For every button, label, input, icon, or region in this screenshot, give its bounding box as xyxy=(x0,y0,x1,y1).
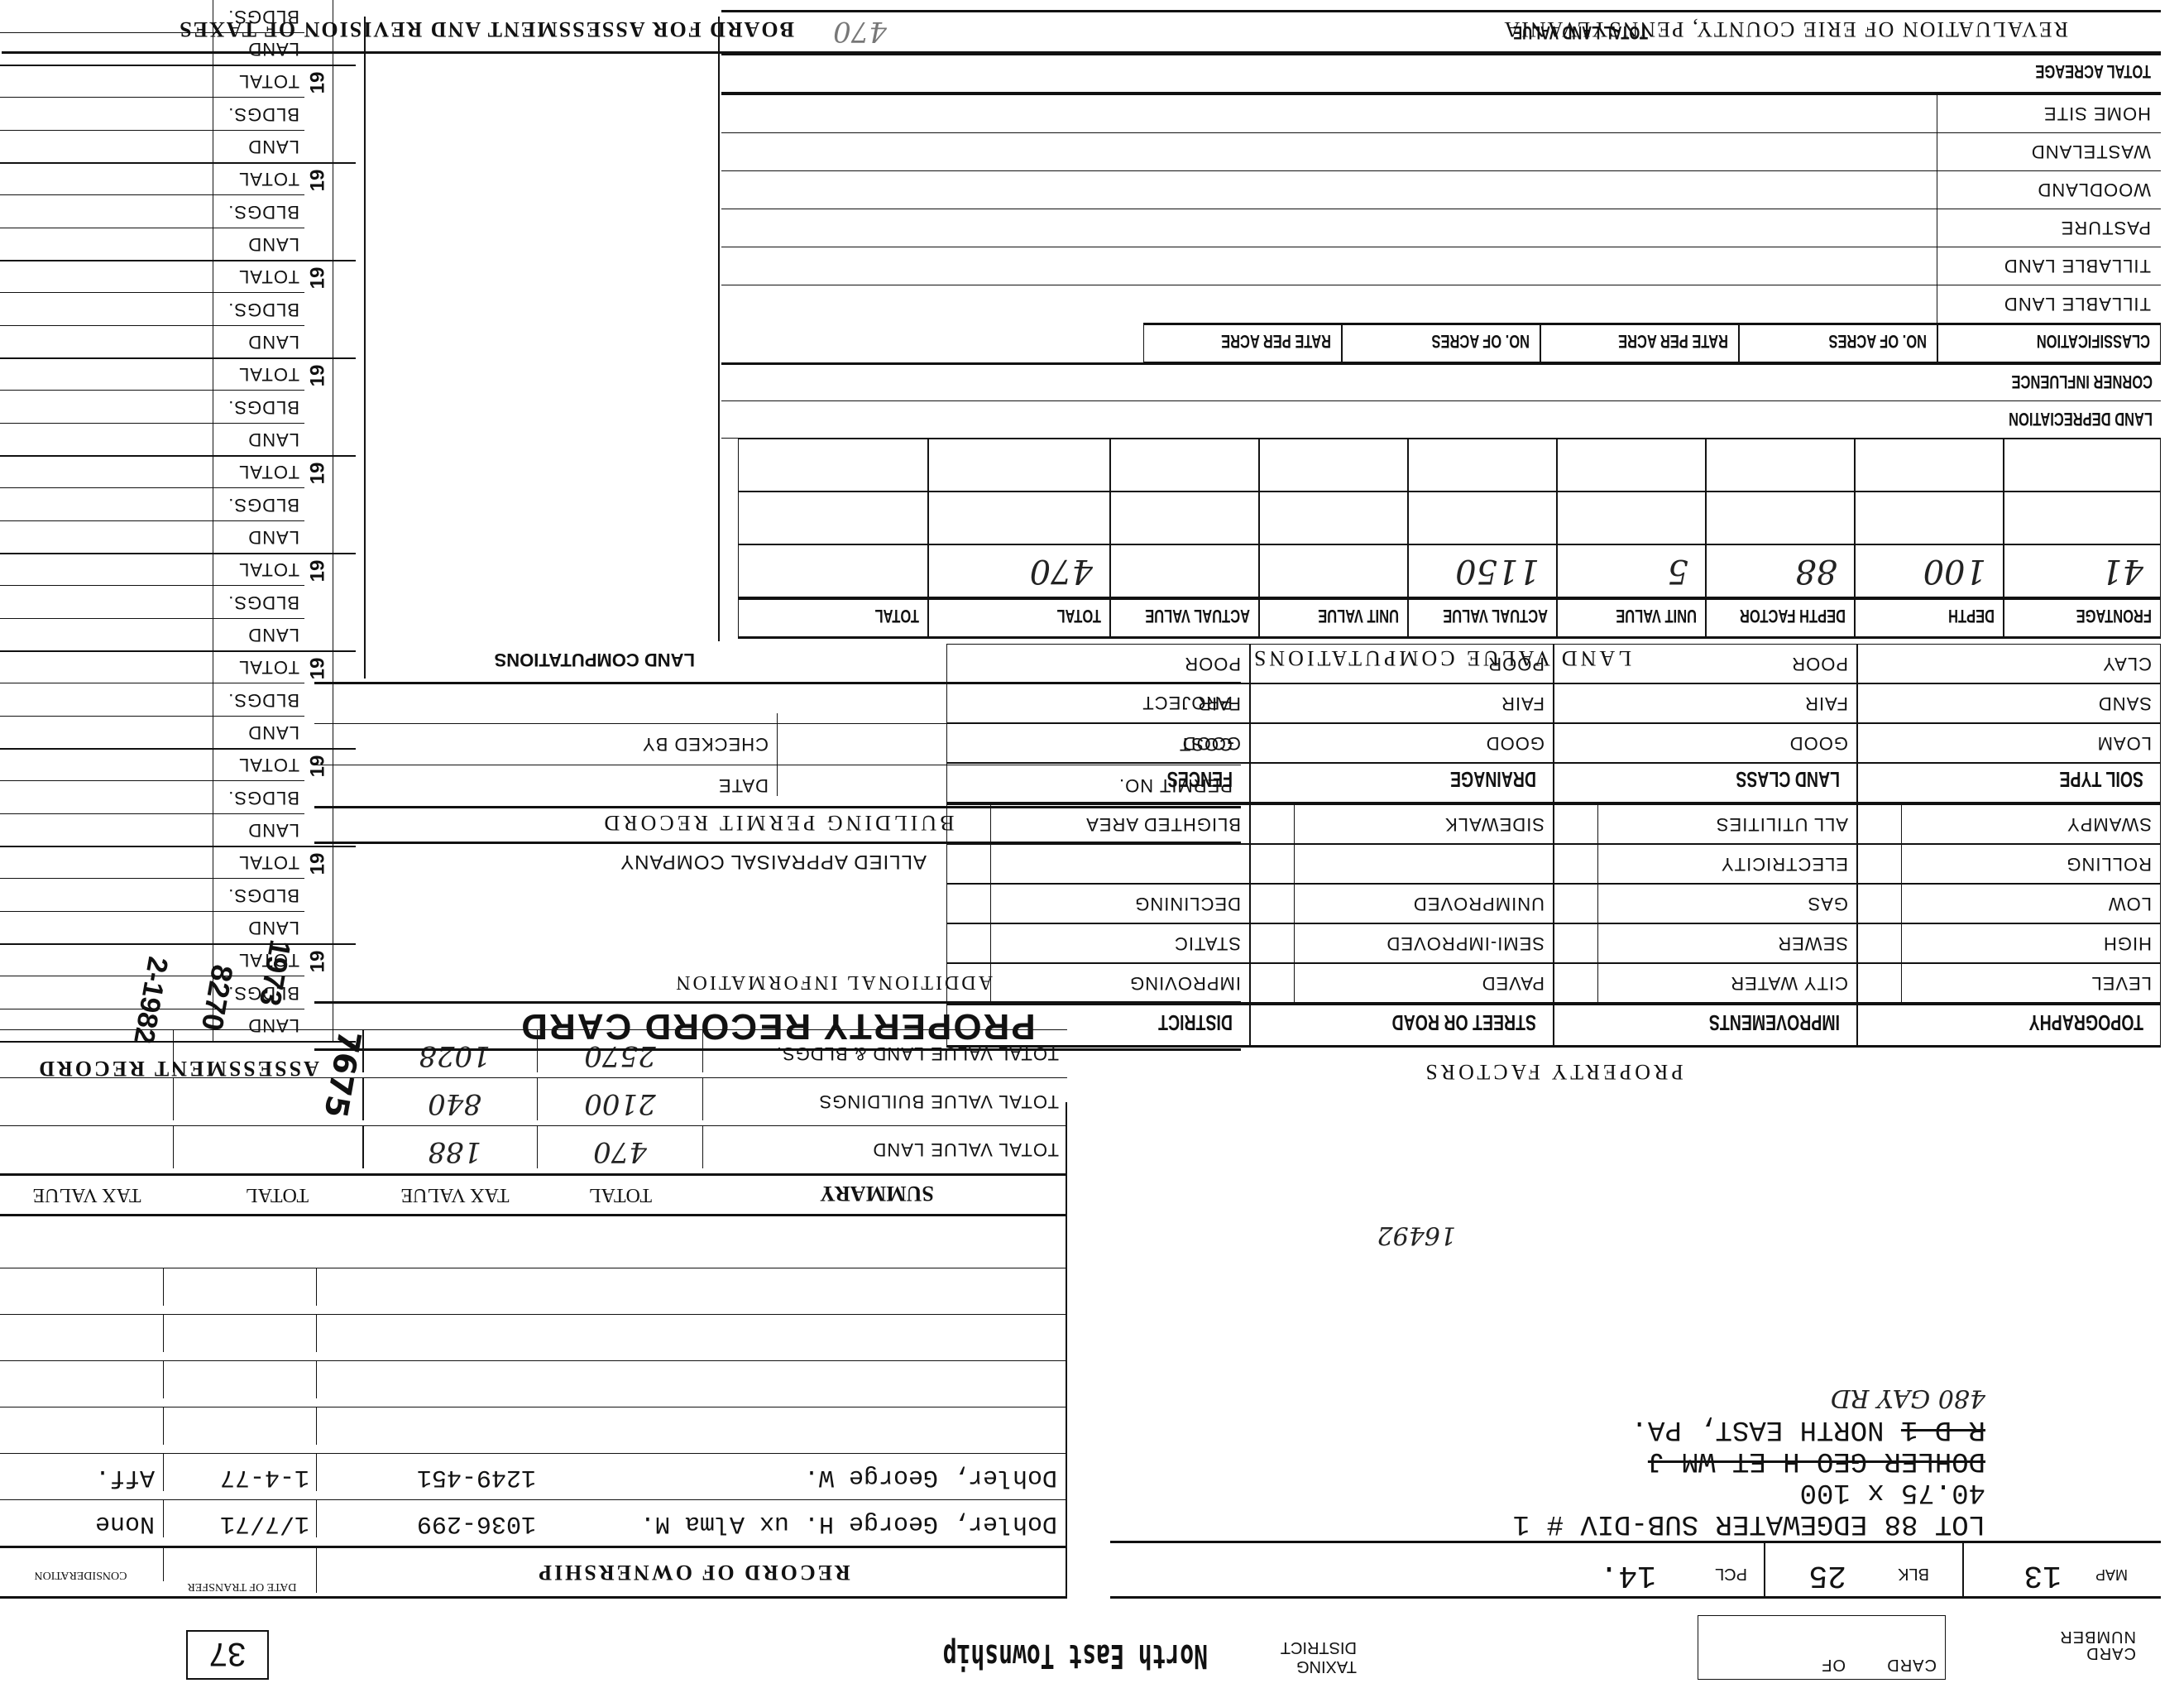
card-label: CARD xyxy=(1886,1655,1937,1674)
lv-cell-empty[interactable] xyxy=(1855,492,2004,544)
assessment-row-label: BLDGS. xyxy=(227,885,299,906)
factor-header: IMPROVEMENTS xyxy=(1554,1003,1857,1048)
classification-label: TILLABLE LAND xyxy=(2004,293,2151,314)
factor-option[interactable]: LEVEL xyxy=(1857,963,2161,1003)
factor-option[interactable]: SEWER xyxy=(1554,923,1857,963)
factor2-option[interactable]: FAIR xyxy=(1250,683,1554,723)
factor2-option-label: LOAM xyxy=(2097,732,2152,754)
classification-col-header-label: RATE PER ACRE xyxy=(1618,330,1728,352)
assessment-row-label: BLDGS. xyxy=(227,787,299,808)
land-computations-title: LAND COMPUTATIONS xyxy=(495,649,695,670)
assessment-col-divider xyxy=(213,228,213,260)
assessment-row-label: LAND xyxy=(247,917,299,938)
factor-option-label: ALL UTILITIES xyxy=(1716,813,1848,835)
lv-cell-value: 88 xyxy=(1795,552,1837,590)
year-prefix: 19 xyxy=(307,72,330,94)
appraisal-company: ALLIED APPRAISAL COMPANY xyxy=(620,850,927,873)
revaluation-title: REVALUATION OF ERIE COUNTY, PENNSYLVANIA xyxy=(1502,17,2068,41)
assessment-row-label: BLDGS. xyxy=(227,299,299,320)
assessment-col-divider xyxy=(213,846,213,878)
factor-checkbox-divider xyxy=(1901,803,1902,843)
lv-cell-empty[interactable] xyxy=(1706,439,1855,492)
property-record-card-title: PROPERTY RECORD CARD xyxy=(314,1005,1241,1047)
year-prefix: 19 xyxy=(307,755,330,778)
year-prefix: 19 xyxy=(307,658,330,680)
assessment-col-divider xyxy=(213,260,213,292)
lv-cell-empty[interactable] xyxy=(738,492,928,544)
lv-cell[interactable]: 1150 xyxy=(1408,544,1557,597)
consideration xyxy=(0,1407,164,1445)
owner-name: Dohler, George H. ux Alma M. xyxy=(640,1509,1057,1537)
deed-book-page: 1249-451 xyxy=(417,1463,536,1491)
consideration: None xyxy=(0,1499,164,1537)
factor-header: TOPOGRAPHY xyxy=(1857,1003,2161,1048)
factor2-option-label: FAIR xyxy=(1501,693,1545,714)
factor-option-label: SWAMPY xyxy=(2067,813,2152,835)
lv-cell[interactable]: 470 xyxy=(928,544,1110,597)
classification-row[interactable]: WOODLAND xyxy=(721,170,2161,209)
assessment-row[interactable]: TOTAL xyxy=(0,455,304,487)
assessment-row-label: LAND xyxy=(247,526,299,548)
additional-information: ADDITIONAL INFORMATION ALLIED APPRAISAL … xyxy=(314,844,1241,1001)
classification-label: HOME SITE xyxy=(2043,103,2151,124)
lv-cell-value: 470 xyxy=(1030,552,1093,590)
assessment-row-label: BLDGS. xyxy=(227,592,299,613)
consideration-header: CONSIDERATION xyxy=(0,1547,164,1581)
assessment-row-label: TOTAL xyxy=(238,461,299,482)
assessment-row[interactable]: LAND xyxy=(0,520,304,553)
summary-row-tax-value2[interactable] xyxy=(0,1125,174,1168)
property-line-2: 40.75 x 100 xyxy=(1142,1476,1985,1508)
factor2-option-label: FAIR xyxy=(1804,693,1848,714)
factor2-option-label: GOOD xyxy=(1486,732,1545,754)
factor-checkbox-divider xyxy=(1294,962,1295,1002)
factor-option[interactable]: HIGH xyxy=(1857,923,2161,963)
factor-option-label: HIGH xyxy=(2103,933,2152,954)
ownership-title: RECORD OF OWNERSHIP xyxy=(321,1560,1066,1585)
assessment-row-label: TOTAL xyxy=(238,168,299,189)
assessment-row-label: TOTAL xyxy=(238,266,299,287)
year-col xyxy=(333,553,356,650)
factor-checkbox-divider xyxy=(1294,843,1295,883)
summary-tax-value2-header: TAX VALUE xyxy=(0,1183,174,1206)
assessment-col-divider xyxy=(213,683,213,715)
assessment-col-divider xyxy=(213,65,213,97)
transfer-date: 1-4-77 xyxy=(168,1453,317,1491)
assessment-row-label: BLDGS. xyxy=(227,396,299,418)
land-computations-area[interactable] xyxy=(364,17,720,641)
lv-col-header-label: FRONTAGE xyxy=(2076,605,2152,626)
factor-option[interactable]: SIDEWALK xyxy=(1250,804,1554,844)
summary-total2-header: TOTAL xyxy=(190,1183,364,1206)
classification-col-header: RATE PER ACRE xyxy=(1540,323,1739,362)
factor-option[interactable]: PAVED xyxy=(1250,963,1554,1003)
col-divider xyxy=(1937,170,1937,209)
factor-option[interactable]: ROLLING xyxy=(1857,844,2161,884)
assessment-col-divider xyxy=(213,585,213,617)
classification-col-header: NO. OF ACRES xyxy=(1342,323,1540,362)
year-col xyxy=(333,162,356,260)
summary-total-header: TOTAL xyxy=(538,1183,703,1206)
assessment-row-label: BLDGS. xyxy=(227,201,299,223)
assessment-row[interactable]: TOTAL xyxy=(0,162,304,194)
transfer-date xyxy=(168,1407,317,1445)
assessment-year-block: 19 LAND BLDGS. TOTAL xyxy=(0,945,356,1043)
factor-checkbox-divider xyxy=(1597,843,1598,883)
lv-cell[interactable]: 41 xyxy=(2004,544,2161,597)
assessment-row[interactable]: LAND xyxy=(0,228,304,260)
lv-cell-empty[interactable] xyxy=(1110,439,1259,492)
factor-option-label: CITY WATER xyxy=(1730,972,1848,994)
lv-col-header: UNIT VALUE xyxy=(1557,597,1706,639)
ownership-row: Dohler, George H. ux Alma M. 1036-299 1/… xyxy=(0,1499,1066,1546)
assessment-row-label: LAND xyxy=(247,1014,299,1036)
classification-label: TILLABLE LAND xyxy=(2004,255,2151,276)
year-col xyxy=(333,65,356,162)
assessment-row[interactable]: TOTAL xyxy=(0,65,304,97)
taxing-district-label: TAXING DISTRICT xyxy=(1224,1638,1357,1676)
lv-cell[interactable] xyxy=(738,544,928,597)
assessment-col-divider xyxy=(213,748,213,780)
assessment-row-label: BLDGS. xyxy=(227,689,299,711)
factor2-header-label: LAND CLASS xyxy=(1736,766,1840,792)
transfer-date xyxy=(168,1360,317,1398)
year-col xyxy=(333,943,356,1041)
lv-cell-empty[interactable] xyxy=(1557,492,1706,544)
summary-header: SUMMARY TOTAL TAX VALUE TOTAL TAX VALUE xyxy=(0,1173,1067,1216)
factor-checkbox-divider xyxy=(1597,962,1598,1002)
lv-cell-empty[interactable] xyxy=(1557,439,1706,492)
card-number-label: CARD NUMBER xyxy=(2037,1628,2136,1662)
of-label: OF xyxy=(1821,1655,1846,1674)
building-permit-record: BUILDING PERMIT RECORD PERMIT NO. DATE C… xyxy=(314,679,1241,844)
factor-option[interactable] xyxy=(1250,844,1554,884)
factor-option-label: SEMI-IMPROVED xyxy=(1387,933,1545,954)
assessment-row[interactable]: BLDGS. xyxy=(0,487,304,520)
classification-row[interactable]: WASTELAND xyxy=(721,132,2161,170)
factor2-option-label: GOOD xyxy=(1789,732,1848,754)
assessment-col-divider xyxy=(213,618,213,650)
lv-cell-empty[interactable] xyxy=(1408,439,1557,492)
factor2-option[interactable]: GOOD xyxy=(1554,723,1857,763)
assessment-row[interactable]: LAND xyxy=(0,911,304,943)
assessment-row-label: LAND xyxy=(247,233,299,255)
lv-cell-empty[interactable] xyxy=(1259,439,1408,492)
summary-row-tax-value: 188 xyxy=(372,1125,538,1168)
assessment-row[interactable]: LAND xyxy=(0,423,304,455)
assessment-row[interactable]: TOTAL xyxy=(0,846,304,878)
factor-option[interactable]: CITY WATER xyxy=(1554,963,1857,1003)
year-prefix: 19 xyxy=(307,951,330,973)
classification-col-header-label: NO. OF ACRES xyxy=(1828,330,1927,352)
assessment-row[interactable]: BLDGS. xyxy=(0,585,304,617)
factor2-option-label: SAND xyxy=(2098,693,2152,714)
classification-label: PASTURE xyxy=(2061,217,2151,238)
assessment-col-divider xyxy=(213,780,213,813)
assessment-row[interactable]: TOTAL xyxy=(0,260,304,292)
page-number-box: 37 xyxy=(186,1630,269,1680)
land-value-computations: LAND VALUE COMPUTATIONS FRONTAGE 41 DEPT… xyxy=(721,17,2161,679)
transfer-date xyxy=(168,1268,317,1306)
assessment-col-divider xyxy=(213,650,213,683)
pcl-cell: PCL 14. xyxy=(1433,1543,1764,1596)
lv-cell[interactable] xyxy=(1259,544,1408,597)
col-divider xyxy=(1937,247,1937,285)
corner-influence-row[interactable]: CORNER INFLUENCE xyxy=(721,362,2161,400)
factor-option[interactable]: ALL UTILITIES xyxy=(1554,804,1857,844)
year-col xyxy=(333,846,356,943)
assessment-row[interactable]: TOTAL xyxy=(0,748,304,780)
property-line-1: LOT 88 EDGEWATER SUB-DIV # 1 xyxy=(1142,1508,1985,1539)
classification-label: WASTELAND xyxy=(2031,141,2151,162)
assessment-row-label: TOTAL xyxy=(238,70,299,92)
assessment-col-divider xyxy=(213,878,213,910)
property-description: LOT 88 EDGEWATER SUB-DIV # 1 40.75 x 100… xyxy=(1142,1382,1985,1539)
assessment-row[interactable]: BLDGS. xyxy=(0,878,304,910)
map-label: MAP xyxy=(2095,1566,2128,1583)
lv-cell-value: 100 xyxy=(1923,552,1986,590)
assessment-row-label: TOTAL xyxy=(238,656,299,678)
permit-row-1: PERMIT NO. DATE xyxy=(314,765,1241,806)
col-divider xyxy=(1937,94,1937,132)
taxing-district-value: North East Township xyxy=(943,1637,1208,1675)
lv-cell-empty[interactable] xyxy=(1110,492,1259,544)
factor-checkbox-divider xyxy=(1901,843,1902,883)
assessment-row[interactable]: LAND xyxy=(0,130,304,162)
factor-option-label: LEVEL xyxy=(2091,972,2153,994)
classification-col-header-label: NO. OF ACRES xyxy=(1431,330,1530,352)
lv-cell[interactable]: 100 xyxy=(1855,544,2004,597)
lv-col-header: TOTAL xyxy=(928,597,1110,639)
assessment-col-divider xyxy=(213,911,213,943)
lv-cell-value: 41 xyxy=(2101,552,2143,590)
pcl-value: 14. xyxy=(1600,1557,1656,1593)
factor-header-label: IMPROVEMENTS xyxy=(1709,1009,1840,1035)
permit-header: BUILDING PERMIT RECORD xyxy=(314,806,1241,844)
bottom-rule xyxy=(2,51,2161,54)
assessment-record-title: ASSESSMENT RECORD xyxy=(0,1056,356,1081)
pcl-label: PCL xyxy=(1715,1564,1747,1583)
factor-option[interactable]: SEMI-IMPROVED xyxy=(1250,923,1554,963)
year-col xyxy=(333,455,356,553)
assessment-row-label: BLDGS. xyxy=(227,494,299,516)
assessment-row[interactable]: BLDGS. xyxy=(0,292,304,324)
ownership-row xyxy=(0,1407,1066,1453)
assessment-record-header: ASSESSMENT RECORD xyxy=(0,1043,356,1092)
factor-option[interactable]: LOW xyxy=(1857,884,2161,923)
summary-row-total: 2100 xyxy=(538,1077,703,1120)
factor-option-label: UNIMPROVED xyxy=(1413,893,1545,914)
assessment-record-blocks: 19 LAND BLDGS. TOTAL 19 LAND BLDGS. TOTA… xyxy=(0,25,356,1043)
lv-cell-empty[interactable] xyxy=(1706,492,1855,544)
lv-col-header: FRONTAGE xyxy=(2004,597,2161,639)
assessment-row[interactable]: LAND xyxy=(0,813,304,846)
lv-cell-value: 5 xyxy=(1668,552,1688,590)
land-depreciation-row[interactable]: LAND DEPRECIATION xyxy=(721,400,2161,439)
lv-col-header-label: DEPTH FACTOR xyxy=(1740,605,1846,626)
lv-cell-empty[interactable] xyxy=(2004,439,2161,492)
handwritten-address: 480 GAY RD xyxy=(1142,1382,1985,1413)
assessment-row-label: BLDGS. xyxy=(227,103,299,125)
factor-header-label: STREET OR ROAD xyxy=(1392,1009,1536,1035)
blk-cell: BLK 25 xyxy=(1764,1543,1962,1596)
handwritten-note: 16492 xyxy=(1377,1220,1456,1249)
summary-tax-value-header: TAX VALUE xyxy=(372,1183,538,1206)
year-prefix: 19 xyxy=(307,365,330,387)
transfer-date: 1/7/71 xyxy=(168,1499,317,1537)
classification-row[interactable]: HOME SITE xyxy=(721,94,2161,132)
assessment-col-divider xyxy=(213,130,213,162)
lv-cell-empty[interactable] xyxy=(1855,439,2004,492)
factor2-header: DRAINAGE xyxy=(1250,763,1554,804)
map-cell: MAP 13 xyxy=(1962,1543,2161,1596)
factor2-option[interactable]: LOAM xyxy=(1857,723,2161,763)
lv-cell[interactable]: 5 xyxy=(1557,544,1706,597)
assessment-col-divider xyxy=(213,553,213,585)
lv-col-header: DEPTH xyxy=(1855,597,2004,639)
ownership-row xyxy=(0,1314,1066,1360)
deed-book-page: 1036-299 xyxy=(417,1509,536,1537)
factor-option[interactable]: UNIMPROVED xyxy=(1250,884,1554,923)
lv-cell-empty[interactable] xyxy=(1259,492,1408,544)
factor-option-label: GAS xyxy=(1808,893,1848,914)
lv-col-header-label: UNIT VALUE xyxy=(1616,605,1697,626)
factor-option[interactable]: ELECTRICITY xyxy=(1554,844,1857,884)
classification-col-header: RATE PER ACRE xyxy=(1143,323,1342,362)
classification-row[interactable]: TILLABLE LAND xyxy=(721,285,2161,323)
assessment-year-block: 19 LAND BLDGS. TOTAL xyxy=(0,554,356,652)
consideration xyxy=(0,1314,164,1352)
assessment-row[interactable]: BLDGS. xyxy=(0,780,304,813)
year-prefix: 19 xyxy=(307,853,330,875)
lv-cell[interactable]: 88 xyxy=(1706,544,1855,597)
consideration xyxy=(0,1268,164,1306)
factor2-option[interactable]: GOOD xyxy=(1250,723,1554,763)
property-line-4: R D 1 NORTH EAST, PA. xyxy=(1142,1413,1985,1445)
assessment-row[interactable]: LAND xyxy=(0,716,304,748)
date-of-transfer-header: DATE OF TRANSFER xyxy=(168,1547,317,1593)
lv-cell-empty[interactable] xyxy=(2004,492,2161,544)
factor-checkbox-divider xyxy=(1597,803,1598,843)
factor-option[interactable]: SWAMPY xyxy=(1857,804,2161,844)
assessment-col-divider xyxy=(213,97,213,129)
map-blk-pcl-row: MAP 13 BLK 25 PCL 14. xyxy=(1110,1541,2161,1599)
assessment-row[interactable]: BLDGS. xyxy=(0,194,304,227)
assessment-col-divider xyxy=(213,194,213,227)
lv-col-header-label: UNIT VALUE xyxy=(1318,605,1399,626)
lv-col-header-label: ACTUAL VALUE xyxy=(1145,605,1250,626)
factor-header-label: TOPOGRAPHY xyxy=(2029,1009,2143,1035)
factor2-option[interactable]: FAIR xyxy=(1554,683,1857,723)
lv-col-header: TOTAL xyxy=(738,597,928,639)
assessment-row-label: LAND xyxy=(247,624,299,645)
assessment-col-divider xyxy=(213,325,213,357)
assessment-row-label: LAND xyxy=(247,429,299,450)
assessment-year-block: 19 LAND BLDGS. TOTAL xyxy=(0,261,356,359)
year-prefix: 19 xyxy=(307,463,330,485)
assessment-row[interactable]: LAND xyxy=(0,325,304,357)
assessment-col-divider xyxy=(213,292,213,324)
lv-col-header: DEPTH FACTOR xyxy=(1706,597,1855,639)
assessment-row[interactable]: BLDGS. xyxy=(0,97,304,129)
factor-checkbox-divider xyxy=(1294,923,1295,962)
lv-cell-empty[interactable] xyxy=(928,492,1110,544)
assessment-row[interactable]: LAND xyxy=(0,618,304,650)
project-label: PROJECT xyxy=(1142,692,1233,713)
lv-col-header: ACTUAL VALUE xyxy=(1408,597,1557,639)
assessment-year-block: 19 LAND BLDGS. TOTAL xyxy=(0,652,356,750)
assessment-year-block: 19 LAND BLDGS. TOTAL xyxy=(0,750,356,847)
consideration: Aff. xyxy=(0,1453,164,1491)
classification-row[interactable]: PASTURE xyxy=(721,209,2161,247)
permit-row-2: COST CHECKED BY xyxy=(314,723,1241,765)
assessment-col-divider xyxy=(213,716,213,748)
assessment-row-label: LAND xyxy=(247,722,299,743)
blk-value: 25 xyxy=(1808,1557,1846,1593)
col-divider xyxy=(1937,285,1937,323)
assessment-row[interactable]: TOTAL xyxy=(0,650,304,683)
assessment-col-divider xyxy=(213,813,213,846)
assessment-col-divider xyxy=(213,455,213,487)
factor-option-label: PAVED xyxy=(1482,972,1545,994)
assessment-year-block: 19 LAND BLDGS. TOTAL xyxy=(0,66,356,164)
assessment-row-label: TOTAL xyxy=(238,363,299,385)
factor2-option[interactable]: SAND xyxy=(1857,683,2161,723)
summary-row-label: TOTAL VALUE LAND xyxy=(873,1139,1059,1160)
factor-option[interactable]: GAS xyxy=(1554,884,1857,923)
factor2-header-label: DRAINAGE xyxy=(1450,766,1536,792)
assessment-row-label: TOTAL xyxy=(238,851,299,873)
assessment-row[interactable]: TOTAL xyxy=(0,357,304,390)
blk-label: BLK xyxy=(1898,1564,1929,1583)
year-col xyxy=(333,650,356,748)
classification-col-header-label: CLASSIFICATION xyxy=(2037,330,2150,352)
city-state: NORTH EAST, PA. xyxy=(1631,1413,1885,1445)
lv-cell[interactable] xyxy=(1110,544,1259,597)
assessment-row-label: LAND xyxy=(247,819,299,841)
lv-cell-empty[interactable] xyxy=(1408,492,1557,544)
assessment-year-block: 19 LAND BLDGS. TOTAL xyxy=(0,164,356,261)
lv-cell-empty[interactable] xyxy=(928,439,1110,492)
assessment-col-divider xyxy=(213,423,213,455)
factor-option-label: LOW xyxy=(2108,893,2152,914)
factor-checkbox-divider xyxy=(1294,883,1295,923)
property-record-card-title-bar: PROPERTY RECORD CARD xyxy=(314,1001,1241,1051)
permit-no-label: PERMIT NO. xyxy=(1118,774,1233,796)
classification-row[interactable]: TILLABLE LAND xyxy=(721,247,2161,285)
permit-title: BUILDING PERMIT RECORD xyxy=(314,810,1241,835)
property-record-card: CARD NUMBER CARD OF TAXING DISTRICT Nort… xyxy=(0,0,2184,1688)
lv-col-header-label: TOTAL xyxy=(1057,605,1101,626)
factor-header: STREET OR ROAD xyxy=(1250,1003,1554,1048)
cost-label: COST xyxy=(1179,733,1233,755)
classification-col-header-label: RATE PER ACRE xyxy=(1221,330,1331,352)
factor-checkbox-divider xyxy=(1597,923,1598,962)
lv-col-header-label: ACTUAL VALUE xyxy=(1443,605,1548,626)
assessment-col-divider xyxy=(213,520,213,553)
total-acreage-row[interactable]: TOTAL ACREAGE xyxy=(721,53,2161,94)
assessment-row[interactable]: BLDGS. xyxy=(0,683,304,715)
assessment-row[interactable]: TOTAL xyxy=(0,553,304,585)
lv-cell-value: 1150 xyxy=(1455,552,1540,590)
consideration xyxy=(0,1360,164,1398)
assessment-year-block: 19 LAND BLDGS. TOTAL xyxy=(0,359,356,457)
assessment-row[interactable]: BLDGS. xyxy=(0,390,304,422)
lv-cell-empty[interactable] xyxy=(738,439,928,492)
factor-checkbox-divider xyxy=(1901,883,1902,923)
col-divider xyxy=(1937,209,1937,247)
card-of-box[interactable]: CARD OF xyxy=(1698,1615,1946,1680)
